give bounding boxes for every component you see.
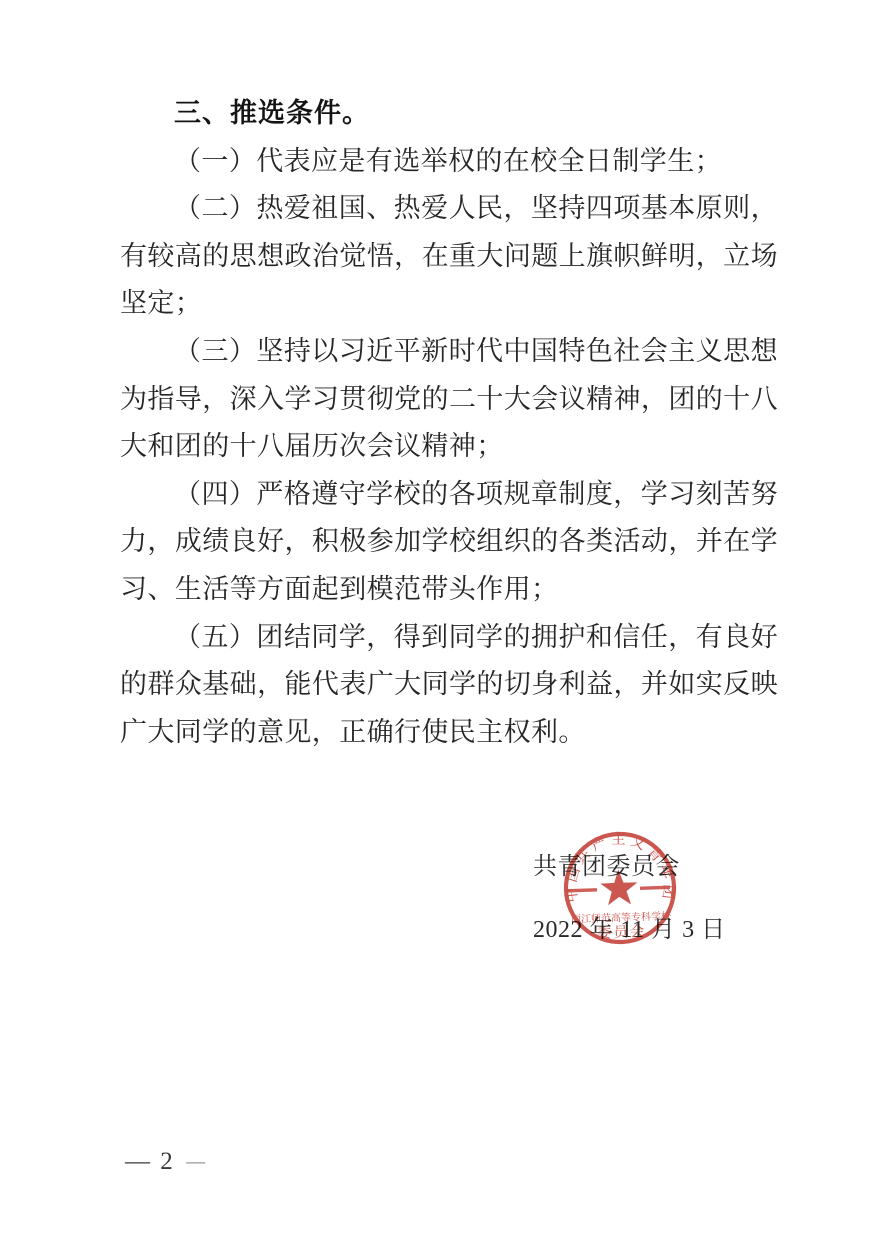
page-number: — 2 — [125, 1148, 210, 1176]
paragraph-2: （二）热爱祖国、热爱人民，坚持四项基本原则，有较高的思想政治觉悟，在重大问题上旗… [120, 185, 778, 328]
paragraph-3: （三）坚持以习近平新时代中国特色社会主义思想为指导，深入学习贯彻党的二十大会议精… [120, 328, 778, 471]
section-heading: 三、推选条件。 [120, 90, 778, 138]
page-number-dash-right: — [186, 1148, 206, 1176]
paragraph-4: （四）严格遵守学校的各项规章制度，学习刻苦努力，成绩良好，积极参加学校组织的各类… [120, 471, 778, 614]
paragraph-1: （一）代表应是有选举权的在校全日制学生； [120, 138, 778, 186]
seal-org-text: 丽江师范高等专科学校 [571, 909, 672, 926]
seal-bottom-text: 委员会 [597, 923, 647, 942]
page-number-dash-left: — [125, 1148, 152, 1175]
document-page: 三、推选条件。 （一）代表应是有选举权的在校全日制学生； （二）热爱祖国、热爱人… [0, 0, 873, 1237]
seal-star-icon [600, 869, 638, 906]
page-number-value: 2 [160, 1148, 175, 1175]
official-red-seal: 中国共产主义青年团 丽江师范高等专科学校 委员会 [560, 828, 680, 948]
paragraph-5: （五）团结同学，得到同学的拥护和信任，有良好的群众基础，能代表广大同学的切身利益… [120, 614, 778, 757]
document-body: 三、推选条件。 （一）代表应是有选举权的在校全日制学生； （二）热爱祖国、热爱人… [120, 90, 778, 756]
